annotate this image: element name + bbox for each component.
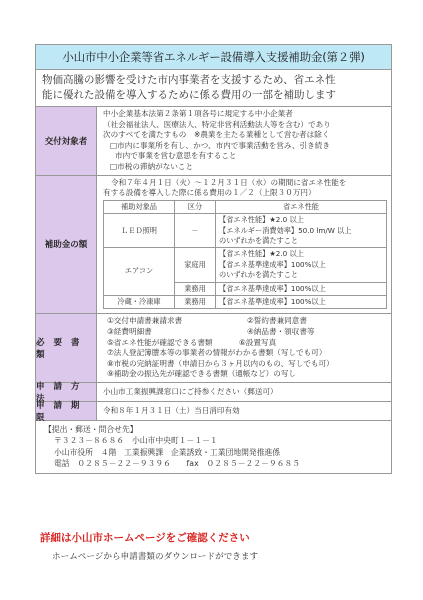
lead-line: 能に優れた設備を導入するために係る費用の一部を補助します	[42, 88, 385, 103]
lead-line: 物価高騰の影響を受けた市内事業者を支援するため、省エネ性	[42, 73, 385, 88]
contact-box: 【提出・郵送・問合せ先】 〒３２３－８６８６ 小山市中央町１－１－１ 小山市役所…	[35, 421, 392, 474]
contact-address: 〒３２３－８６８６ 小山市中央町１－１－１	[44, 435, 383, 447]
document-item: ⑥設置写真	[239, 338, 385, 349]
document-item: ②誓約書兼同意書	[247, 316, 385, 327]
deadline-value: 令和８年１月３１日（土）当日消印有効	[97, 402, 391, 420]
documents-content: ①交付申請書兼請求書 ②誓約書兼同意書 ③経費明細書 ④納品書・領収書等 ⑤省エ…	[97, 314, 391, 382]
flyer: 小山市中小企業等省エネルギー設備導入支援補助金(第２弾) 物価高騰の影響を受けた…	[35, 44, 392, 474]
column-header: 補助対象品	[104, 200, 175, 213]
text-line: 市内で事業を営む意思を有すること	[103, 151, 385, 162]
criteria-line: 【エネルギー消費効率】50.0 lm/W 以上	[219, 226, 383, 236]
criteria-cell: 【省エネ基準達成率】100%以上	[216, 296, 387, 309]
document-item: ⑧市税の完納証明書（申請日から３ヶ月以内のもの、写しでも可）	[107, 359, 385, 370]
item-cell: エアコン	[104, 248, 175, 296]
eligibility-row: 交付対象者 中小企業基本法第２条第１項各号に規定する中小企業者 （社会福祉法人、…	[36, 107, 391, 175]
text-line: （社会福祉法人、医療法人、特定非営利活動法人等を含む）であり	[103, 120, 385, 131]
deadline-row: 申 請 期 限 令和８年１月３１日（土）当日消印有効	[36, 401, 391, 420]
info-grid: 交付対象者 中小企業基本法第２条第１項各号に規定する中小企業者 （社会福祉法人、…	[35, 107, 392, 421]
document-item: ⑨補助金の振込先が確認できる書類（通帳など）の写し	[107, 369, 385, 380]
page-title: 小山市中小企業等省エネルギー設備導入支援補助金(第２弾)	[35, 44, 392, 70]
homepage-notice: 詳細は小山市ホームページをご確認ください	[40, 530, 250, 545]
checkbox-item: □市税の滞納がないこと	[103, 162, 385, 173]
amount-content: 令和７年４月１日（火）～１２月３１日（水）の期間に省エネ性能を 有する設備を導入…	[97, 176, 393, 314]
category-cell: 家庭用	[175, 248, 216, 282]
criteria-line: 【省エネ性能】★2.0 以上	[219, 249, 383, 259]
category-cell: －	[175, 214, 216, 248]
column-header: 省エネ性能	[216, 200, 387, 213]
text-line: 中小企業基本法第２条第１項各号に規定する中小企業者	[103, 109, 385, 120]
document-item: ⑤省エネ性能が確認できる書類	[107, 338, 247, 349]
amount-label: 補助金の額	[36, 176, 97, 314]
deadline-label: 申 請 期 限	[36, 402, 97, 420]
category-cell: 業務用	[175, 282, 216, 295]
item-cell: 冷蔵・冷凍庫	[104, 296, 175, 309]
eligibility-content: 中小企業基本法第２条第１項各号に規定する中小企業者 （社会福祉法人、医療法人、特…	[97, 107, 391, 175]
documents-pairs: ①交付申請書兼請求書 ②誓約書兼同意書 ③経費明細書 ④納品書・領収書等 ⑤省エ…	[107, 316, 385, 348]
checkbox-item: □市内に事業所を有し、かつ、市内で事業活動を営み、引き続き	[103, 141, 385, 152]
document-item: ①交付申請書兼請求書	[107, 316, 247, 327]
document-item: ④納品書・領収書等	[247, 327, 385, 338]
contact-heading: 【提出・郵送・問合せ先】	[44, 424, 383, 436]
item-cell: ＬＥＤ照明	[104, 214, 175, 248]
contact-office: 小山市役所 ４階 工業振興課 企業誘致・工業団地開発推進係	[44, 447, 383, 459]
download-notice: ホームページから申請書類のダウンロードができます	[52, 550, 258, 562]
documents-row: 必 要 書 類 ①交付申請書兼請求書 ②誓約書兼同意書 ③経費明細書 ④納品書・…	[36, 313, 391, 382]
contact-phone: 電話 ０２８５－２２－９３９６ fax ０２８５－２２－９６８５	[44, 458, 383, 470]
method-value: 小山市工業振興課窓口にご持参ください（郵送可）	[97, 383, 391, 401]
column-header: 区分	[175, 200, 216, 213]
table-row: ＬＥＤ照明 － 【省エネ性能】★2.0 以上 【エネルギー消費効率】50.0 l…	[104, 214, 387, 248]
lead-text: 物価高騰の影響を受けた市内事業者を支援するため、省エネ性 能に優れた設備を導入す…	[35, 70, 392, 107]
document-item: ③経費明細書	[107, 327, 247, 338]
criteria-cell: 【省エネ性能】★2.0 以上 【省エネ基準達成率】100%以上 のいずれかを満た…	[216, 248, 387, 282]
criteria-line: 【省エネ性能】★2.0 以上	[219, 215, 383, 225]
documents-label: 必 要 書 類	[36, 314, 97, 382]
amount-row: 補助金の額 令和７年４月１日（火）～１２月３１日（水）の期間に省エネ性能を 有す…	[36, 175, 391, 314]
table-row: 冷蔵・冷凍庫 業務用 【省エネ基準達成率】100%以上	[104, 296, 387, 309]
criteria-cell: 【省エネ性能】★2.0 以上 【エネルギー消費効率】50.0 lm/W 以上 の…	[216, 214, 387, 248]
text-line: 令和７年４月１日（火）～１２月３１日（水）の期間に省エネ性能を	[103, 178, 387, 189]
document-item: ⑦法人登記簿謄本等の事業者の情報がわかる書類（写しでも可）	[107, 348, 385, 359]
equipment-table: 補助対象品 区分 省エネ性能 ＬＥＤ照明 － 【省エネ性能】★2.0 以上 【エ…	[103, 200, 387, 310]
criteria-line: 【省エネ基準達成率】100%以上	[219, 260, 383, 270]
category-cell: 業務用	[175, 296, 216, 309]
criteria-line: のいずれかを満たすこと	[219, 270, 383, 280]
criteria-cell: 【省エネ基準達成率】100%以上	[216, 282, 387, 295]
text-line: 有する設備を導入した際に係る費用の１／２（上限３０万円）	[103, 188, 387, 199]
eligibility-label: 交付対象者	[36, 107, 97, 175]
text-line: 次のすべてを満たすもの ※農業を主たる業種として営む者は除く	[103, 130, 385, 141]
table-row: エアコン 家庭用 【省エネ性能】★2.0 以上 【省エネ基準達成率】100%以上…	[104, 248, 387, 282]
criteria-line: のいずれかを満たすこと	[219, 236, 383, 246]
